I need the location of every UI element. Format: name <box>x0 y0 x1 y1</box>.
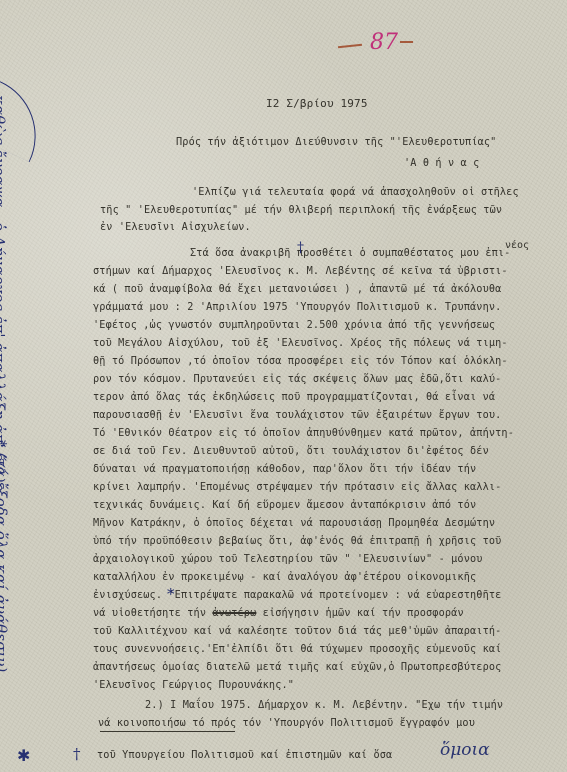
superscript-insertion: νέος <box>505 240 529 251</box>
struck-word: ἀνωτέρω <box>212 608 256 619</box>
body-line: σε διά τοῦ Γεν. Διευθυντοῦ αὐτοῦ, ὅτι το… <box>93 446 489 457</box>
body-line: θῇ τό Πρόσωπον ,τό ὁποῖον τόσα προσφέρει… <box>93 356 508 367</box>
closing-signature-line: 'Ελευσῖνος Γεώργιος Πυρουνάκης." <box>93 680 294 691</box>
margin-arc-mark <box>0 75 55 162</box>
addressee-city: 'Α θ ή ν α ς <box>404 158 479 169</box>
footnote-handwritten-text: ὅμοια <box>440 740 490 760</box>
body-line: στήμων καί Δήμαρχος 'Ελευσῖνος κ. Μ. Λεβ… <box>93 266 508 277</box>
body-line-item-2: 2.) I Μαΐου 1975. Δήμαρχον κ. Μ. Λεβέντη… <box>145 700 503 711</box>
body-line: ρον τόν κόσμον. Πρυτανεύει εἰς τάς σκέψε… <box>93 374 501 385</box>
margin-note-bottom: * (τά ἔξοδα ὅλα καί ἀνάθεσιν) <box>0 440 10 672</box>
addressee-line: Πρός τήν ἀξιότιμον Διεύθυνσιν τῆς "'Ελευ… <box>176 137 496 148</box>
body-line-with-strikethrough: νά υἱοθετήσητε τήν ἀνωτέρω εἰσήγησιν ἡμῶ… <box>93 608 464 619</box>
body-line: τοῦ Μεγάλου Αἰσχύλου, τοῦ ἐξ 'Ελευσῖνος.… <box>93 338 508 349</box>
body-line: ἀρχαιολογικοῦ χώρου τοῦ Τελεστηρίου τῶν … <box>93 554 483 565</box>
body-line: ἀπαντήσεως ὁμοίας διατελῶ μετά τιμῆς καί… <box>93 662 501 673</box>
page-number: 87 <box>370 30 398 55</box>
body-line: ἐν 'Ελευσῖνι Αἰσχυλείων. <box>100 222 251 233</box>
body-line: ὑπό τήν προϋπόθεσιν βεβαίως ὅτι, ἀφ'ἑνός… <box>93 536 501 547</box>
body-line: νά κοινοποιήσω τό πρός τόν 'Υπουργόν Πολ… <box>98 718 475 729</box>
body-line: τῆς " 'Ελευθεροτυπίας" μέ τήν θλιβερή πε… <box>100 205 502 216</box>
body-line: δύναται νά πραγματοποιήσῃ κάθοδον, παρ'ὅ… <box>93 464 476 475</box>
body-line: 'Ελπίζω γιά τελευταία φορά νά ἀπασχοληθο… <box>192 187 519 198</box>
body-line: τερον ἀπό ὅλας τάς ἐκδηλώσεις ποῦ προγρα… <box>93 392 495 403</box>
body-line: Στά ὅσα ἀνακριβῆ προσθέτει ὁ συμπαθέστατ… <box>190 248 510 259</box>
page-number-dash-left <box>338 44 362 48</box>
body-line: Τό 'Εθνικόν Θέατρον εἰς τό ὁποῖον ἀπηυθύ… <box>93 428 514 439</box>
margin-note-handwritten: καθὼς ἔγραψα - ὁ Δήμαρχος ἐπ' ἀπαλλάξῃ ἀ… <box>0 95 8 492</box>
body-line: τεχνικάς δυνάμεις. Καί δή εὕρομεν ἄμεσον… <box>93 500 476 511</box>
footnote-mark-icon: † <box>73 745 81 763</box>
body-line: ἐνισχύσεως. 'Επιτρέψατε παρακαλῶ νά προτ… <box>93 590 501 601</box>
cross-insert-mark-icon: † <box>297 240 304 256</box>
margin-asterisk-icon: ✱ <box>17 746 30 765</box>
margin-note-top: καθὼς ἔγραψα - ὁ Δήμαρχος ἐπ' ἀπαλλάξῃ ἀ… <box>0 95 8 492</box>
footnote-divider <box>100 731 235 732</box>
body-line: τοῦ Καλλιτέχνου καί νά καλέσητε τοῦτον δ… <box>93 626 501 637</box>
body-line: καταλλήλου ἐν προκειμένῳ - καί ἀναλόγου … <box>93 572 476 583</box>
document-page: 87 καθὼς ἔγραψα - ὁ Δήμαρχος ἐπ' ἀπαλλάξ… <box>0 0 567 772</box>
letter-date: I2 Σ/βρίου 1975 <box>266 97 368 110</box>
margin-note-handwritten-lower: * (τά ἔξοδα ὅλα καί ἀνάθεσιν) <box>0 440 10 672</box>
body-line: γράμματά μου : 2 'Απριλίου 1975 'Υπουργό… <box>93 302 501 313</box>
body-line: Μῆνον Κατράκην, ὁ ὁποῖος δέχεται νά παρο… <box>93 518 495 529</box>
body-line: κά ( ποῦ ἀναμφίβολα θά ἔχει μετανοιώσει … <box>93 284 501 295</box>
body-line: 'Εφέτος ,ὡς γνωστόν συμπληροῦνται 2.500 … <box>93 320 495 331</box>
body-line: τους συνεννοήσεις.'Επ'ἐλπίδι ὅτι θά τύχω… <box>93 644 501 655</box>
asterisk-insert-mark-icon: * <box>167 585 175 603</box>
footnote-typed-text: τοῦ Υπουργείου Πολιτισμοῦ καί ἐπιστημῶν … <box>97 750 392 761</box>
page-number-dash-right <box>400 41 413 43</box>
body-line: κρίνει λαμπρήν. 'Επομένως στρέψαμεν τήν … <box>93 482 501 493</box>
body-line: παρουσιασθῇ ἐν 'Ελευσῖνι ἕνα τουλάχιστον… <box>93 410 501 421</box>
